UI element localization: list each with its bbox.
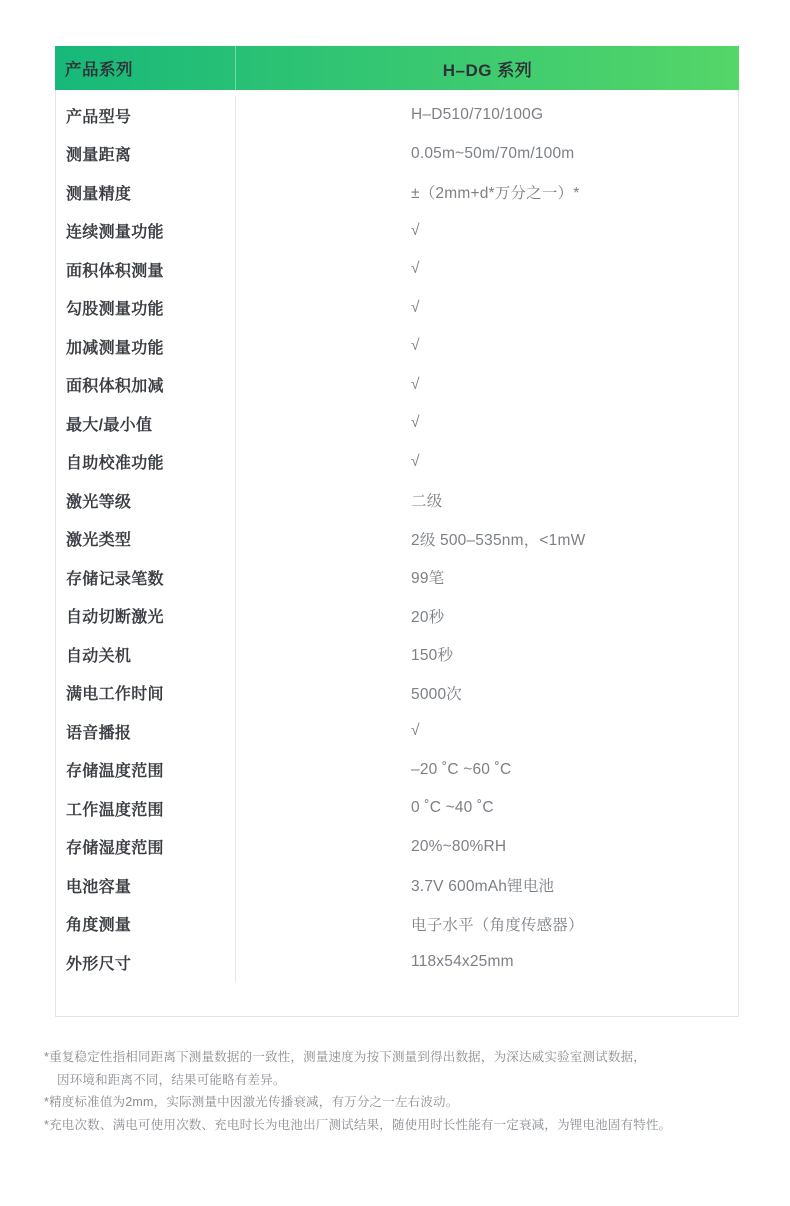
spec-value: 99笔 (236, 558, 738, 597)
spec-label: 激光等级 (56, 481, 236, 520)
spec-label: 存储记录笔数 (56, 558, 236, 597)
spec-label: 激光类型 (56, 520, 236, 559)
table-row: 面积体积加减 √ (56, 366, 738, 405)
spec-label: 工作温度范围 (56, 789, 236, 828)
table-row: 面积体积测量 √ (56, 250, 738, 289)
spec-table: 产品系列 H–DG 系列 产品型号 H–D510/710/100G 测量距离 0… (55, 46, 739, 1017)
spec-label: 语音播报 (56, 712, 236, 751)
spec-value: √ (236, 443, 738, 482)
header-cell-series-value: H–DG 系列 (236, 46, 739, 90)
table-row: 存储湿度范围 20%~80%RH (56, 828, 738, 867)
spec-label: 面积体积加减 (56, 366, 236, 405)
table-row: 存储温度范围 –20 ˚C ~60 ˚C (56, 751, 738, 790)
spec-value: 0.05m~50m/70m/100m (236, 135, 738, 174)
table-row: 语音播报 √ (56, 712, 738, 751)
table-row: 加减测量功能 √ (56, 327, 738, 366)
table-row: 外形尺寸 118x54x25mm (56, 943, 738, 982)
spec-value: 电子水平（角度传感器） (236, 905, 738, 944)
spec-label: 测量精度 (56, 173, 236, 212)
table-row: 自动关机 150秒 (56, 635, 738, 674)
table-row: 自助校准功能 √ (56, 443, 738, 482)
spec-label: 加减测量功能 (56, 327, 236, 366)
spec-value: 20秒 (236, 597, 738, 636)
table-row: 存储记录笔数 99笔 (56, 558, 738, 597)
table-row: 产品型号 H–D510/710/100G (56, 96, 738, 135)
table-row: 连续测量功能 √ (56, 212, 738, 251)
spec-label: 勾股测量功能 (56, 289, 236, 328)
spec-value: –20 ˚C ~60 ˚C (236, 751, 738, 790)
spec-label: 连续测量功能 (56, 212, 236, 251)
spec-label: 电池容量 (56, 866, 236, 905)
table-row: 角度测量 电子水平（角度传感器） (56, 905, 738, 944)
product-spec-page: 产品系列 H–DG 系列 产品型号 H–D510/710/100G 测量距离 0… (0, 0, 790, 1206)
spec-label: 自动关机 (56, 635, 236, 674)
spec-label: 产品型号 (56, 96, 236, 135)
spec-value: √ (236, 712, 738, 751)
spec-value: √ (236, 327, 738, 366)
spec-value: 150秒 (236, 635, 738, 674)
spec-value: 二级 (236, 481, 738, 520)
spec-value: 2级 500–535nm，<1mW (236, 520, 738, 559)
table-row: 工作温度范围 0 ˚C ~40 ˚C (56, 789, 738, 828)
footnote-line: 因环境和距离不同，结果可能略有差异。 (44, 1069, 764, 1092)
spec-value: 0 ˚C ~40 ˚C (236, 789, 738, 828)
spec-value: ±（2mm+d*万分之一）* (236, 173, 738, 212)
spec-value: 3.7V 600mAh锂电池 (236, 866, 738, 905)
spec-table-body: 产品型号 H–D510/710/100G 测量距离 0.05m~50m/70m/… (56, 90, 738, 1017)
table-row: 满电工作时间 5000次 (56, 674, 738, 713)
spec-table-header: 产品系列 H–DG 系列 (55, 46, 739, 90)
footnote-line: *充电次数、满电可使用次数、充电时长为电池出厂测试结果，随使用时长性能有一定衰减… (44, 1114, 764, 1137)
spec-value: √ (236, 404, 738, 443)
spec-label: 外形尺寸 (56, 943, 236, 982)
footnote-line: *重复稳定性指相同距离下测量数据的一致性，测量速度为按下测量到得出数据，为深达威… (44, 1046, 764, 1069)
spec-label: 自动切断激光 (56, 597, 236, 636)
spec-value: 20%~80%RH (236, 828, 738, 867)
table-row: 测量精度 ±（2mm+d*万分之一）* (56, 173, 738, 212)
spec-label: 满电工作时间 (56, 674, 236, 713)
spec-value: √ (236, 366, 738, 405)
table-row: 最大/最小值 √ (56, 404, 738, 443)
spec-value: √ (236, 289, 738, 328)
spec-value: 118x54x25mm (236, 943, 738, 982)
table-row: 勾股测量功能 √ (56, 289, 738, 328)
spec-label: 面积体积测量 (56, 250, 236, 289)
table-row: 电池容量 3.7V 600mAh锂电池 (56, 866, 738, 905)
footnotes: *重复稳定性指相同距离下测量数据的一致性，测量速度为按下测量到得出数据，为深达威… (44, 1046, 764, 1136)
spec-value: √ (236, 212, 738, 251)
spec-value: 5000次 (236, 674, 738, 713)
spec-value: √ (236, 250, 738, 289)
footnote-line: *精度标准值为2mm，实际测量中因激光传播衰减，有万分之一左右波动。 (44, 1091, 764, 1114)
spec-value: H–D510/710/100G (236, 96, 738, 135)
spec-label: 存储温度范围 (56, 751, 236, 790)
table-row: 激光类型 2级 500–535nm，<1mW (56, 520, 738, 559)
table-row: 激光等级 二级 (56, 481, 738, 520)
table-row: 测量距离 0.05m~50m/70m/100m (56, 135, 738, 174)
table-row: 自动切断激光 20秒 (56, 597, 738, 636)
spec-label: 存储湿度范围 (56, 828, 236, 867)
spec-label: 角度测量 (56, 905, 236, 944)
header-cell-series-label: 产品系列 (55, 46, 236, 90)
spec-label: 测量距离 (56, 135, 236, 174)
spec-label: 最大/最小值 (56, 404, 236, 443)
spec-label: 自助校准功能 (56, 443, 236, 482)
